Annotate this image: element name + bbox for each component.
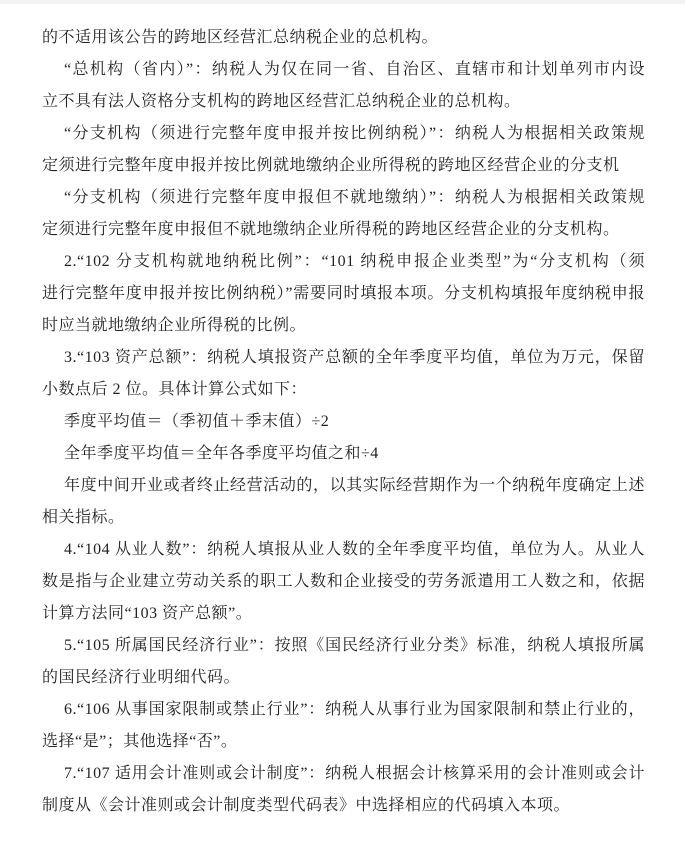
text-line: 时应当就地缴纳企业所得税的比例。 bbox=[42, 310, 645, 342]
text-line: 相关指标。 bbox=[42, 502, 645, 534]
text-line: 的国民经济行业明细代码。 bbox=[42, 662, 645, 694]
text-line: 进行完整年度申报并按比例纳税）”需要同时填报本项。分支机构填报年度纳税申报 bbox=[42, 278, 645, 310]
text-line: 的不适用该公告的跨地区经营汇总纳税企业的总机构。 bbox=[42, 22, 645, 54]
text-line: 数是指与企业建立劳动关系的职工人数和企业接受的劳务派遣用工人数之和，依据和 bbox=[42, 566, 645, 598]
formula-line: 全年季度平均值＝全年各季度平均值之和÷4 bbox=[42, 438, 645, 470]
document-page: 的不适用该公告的跨地区经营汇总纳税企业的总机构。 “总机构（省内）”：纳税人为仅… bbox=[0, 0, 685, 845]
text-line: “分支机构（须进行完整年度申报并按比例纳税）”：纳税人为根据相关政策规 bbox=[42, 118, 645, 150]
text-line: “分支机构（须进行完整年度申报但不就地缴纳）”：纳税人为根据相关政策规 bbox=[42, 182, 645, 214]
text-line: 定须进行完整年度申报并按比例就地缴纳企业所得税的跨地区经营企业的分支机构。 bbox=[42, 150, 645, 182]
text-line: 定须进行完整年度申报但不就地缴纳企业所得税的跨地区经营企业的分支机构。 bbox=[42, 214, 645, 246]
text-line: 制度从《会计准则或会计制度类型代码表》中选择相应的代码填入本项。 bbox=[42, 790, 645, 822]
text-line: 5.“105 所属国民经济行业”：按照《国民经济行业分类》标准，纳税人填报所属 bbox=[42, 630, 645, 662]
text-line: 7.“107 适用会计准则或会计制度”：纳税人根据会计核算采用的会计准则或会计 bbox=[42, 758, 645, 790]
text-line: 选择“是”；其他选择“否”。 bbox=[42, 726, 645, 758]
text-line: 计算方法同“103 资产总额”。 bbox=[42, 598, 645, 630]
document-text-block: 的不适用该公告的跨地区经营汇总纳税企业的总机构。 “总机构（省内）”：纳税人为仅… bbox=[0, 4, 685, 822]
text-line: 立不具有法人资格分支机构的跨地区经营汇总纳税企业的总机构。 bbox=[42, 86, 645, 118]
formula-line: 季度平均值＝（季初值＋季末值）÷2 bbox=[42, 406, 645, 438]
text-line: “总机构（省内）”：纳税人为仅在同一省、自治区、直辖市和计划单列市内设 bbox=[42, 54, 645, 86]
text-line: 小数点后 2 位。具体计算公式如下： bbox=[42, 374, 645, 406]
text-line: 6.“106 从事国家限制或禁止行业”：纳税人从事行业为国家限制和禁止行业的， bbox=[42, 694, 645, 726]
text-line: 2.“102 分支机构就地纳税比例”：“101 纳税申报企业类型”为“分支机构（… bbox=[42, 246, 645, 278]
text-line: 年度中间开业或者终止经营活动的，以其实际经营期作为一个纳税年度确定上述 bbox=[42, 470, 645, 502]
text-line: 3.“103 资产总额”：纳税人填报资产总额的全年季度平均值，单位为万元，保留 bbox=[42, 342, 645, 374]
text-line: 4.“104 从业人数”：纳税人填报从业人数的全年季度平均值，单位为人。从业人 bbox=[42, 534, 645, 566]
